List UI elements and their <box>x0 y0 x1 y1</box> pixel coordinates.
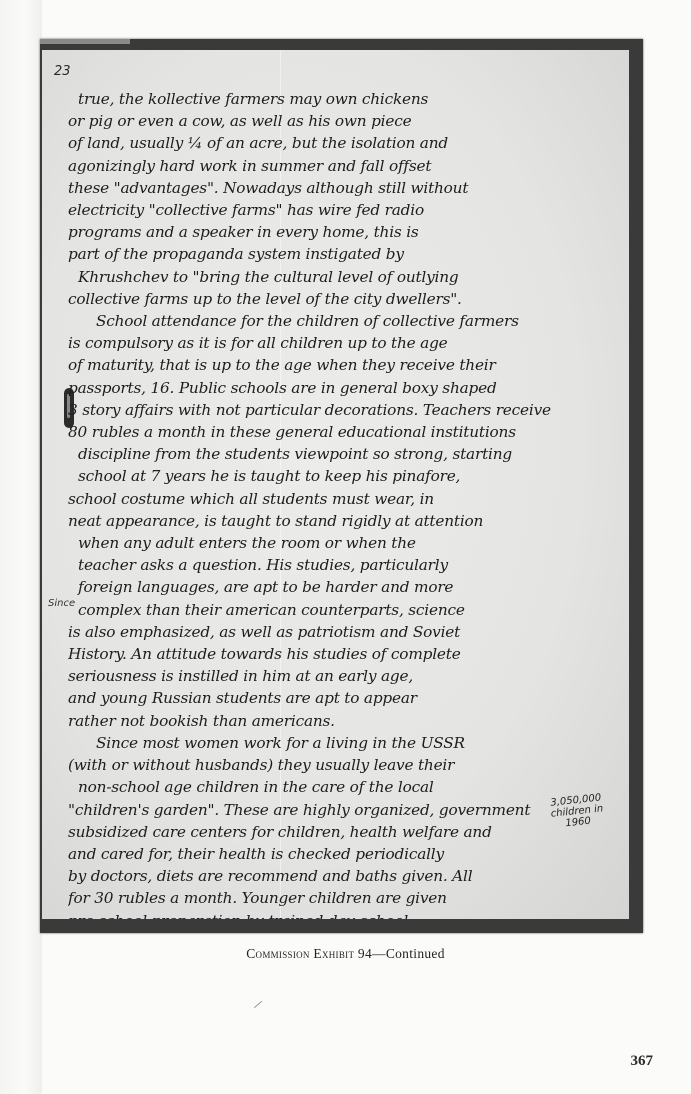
text-line: seriousness is instilled in him at an ea… <box>68 665 609 687</box>
text-line: (with or without husbands) they usually … <box>68 754 609 776</box>
scanned-handwritten-page: 23 Since 3,050,000 children in 1960 true… <box>40 39 643 933</box>
text-line: History. An attitude towards his studies… <box>68 643 609 665</box>
exhibit-caption: Commission Exhibit 94—Continued <box>0 946 691 962</box>
text-line: 80 rubles a month in these general educa… <box>68 421 609 443</box>
text-line: is also emphasized, as well as patriotis… <box>68 621 609 643</box>
page-number: 367 <box>631 1053 654 1070</box>
text-line: is compulsory as it is for all children … <box>68 332 609 354</box>
text-line: non-school age children in the care of t… <box>68 776 609 798</box>
handwritten-text: true, the kollective farmers may own chi… <box>68 88 609 919</box>
text-line: pre-school preparation by trained day-sc… <box>68 910 609 919</box>
text-line: by doctors, diets are recommend and bath… <box>68 865 609 887</box>
text-line: school costume which all students must w… <box>68 488 609 510</box>
text-line: School attendance for the children of co… <box>68 310 609 332</box>
text-line: Khrushchev to "bring the cultural level … <box>68 266 609 288</box>
text-line: discipline from the students viewpoint s… <box>68 443 609 465</box>
text-line: these "advantages". Nowadays although st… <box>68 177 609 199</box>
text-line: foreign languages, are apt to be harder … <box>68 576 609 598</box>
text-line: of maturity, that is up to the age when … <box>68 354 609 376</box>
stray-mark <box>254 1001 262 1008</box>
text-line: rather not bookish than americans. <box>68 710 609 732</box>
text-line: passports, 16. Public schools are in gen… <box>68 377 609 399</box>
text-line: teacher asks a question. His studies, pa… <box>68 554 609 576</box>
text-line: programs and a speaker in every home, th… <box>68 221 609 243</box>
text-line: Since most women work for a living in th… <box>68 732 609 754</box>
text-line: part of the propaganda system instigated… <box>68 243 609 265</box>
text-line: "children's garden". These are highly or… <box>68 799 609 821</box>
exhibit-caption-tail: —Continued <box>372 946 445 961</box>
text-line: or pig or even a cow, as well as his own… <box>68 110 609 132</box>
text-line: and young Russian students are apt to ap… <box>68 687 609 709</box>
frame-notch <box>40 39 130 44</box>
exhibit-caption-main: Commission Exhibit 94 <box>246 946 372 961</box>
text-line: electricity "collective farms" has wire … <box>68 199 609 221</box>
text-line: agonizingly hard work in summer and fall… <box>68 155 609 177</box>
text-line: 3 story affairs with not particular deco… <box>68 399 609 421</box>
text-line: for 30 rubles a month. Younger children … <box>68 887 609 909</box>
text-line: school at 7 years he is taught to keep h… <box>68 465 609 487</box>
text-line: of land, usually ¼ of an acre, but the i… <box>68 132 609 154</box>
text-line: collective farms up to the level of the … <box>68 288 609 310</box>
paper-sheet: 23 Since 3,050,000 children in 1960 true… <box>42 50 629 919</box>
text-line: neat appearance, is taught to stand rigi… <box>68 510 609 532</box>
text-line: true, the kollective farmers may own chi… <box>68 88 609 110</box>
text-line: subsidized care centers for children, he… <box>68 821 609 843</box>
page-edge <box>0 0 42 1094</box>
text-line: complex than their american counterparts… <box>68 599 609 621</box>
handwritten-page-number: 23 <box>54 64 71 79</box>
text-line: when any adult enters the room or when t… <box>68 532 609 554</box>
text-line: and cared for, their health is checked p… <box>68 843 609 865</box>
